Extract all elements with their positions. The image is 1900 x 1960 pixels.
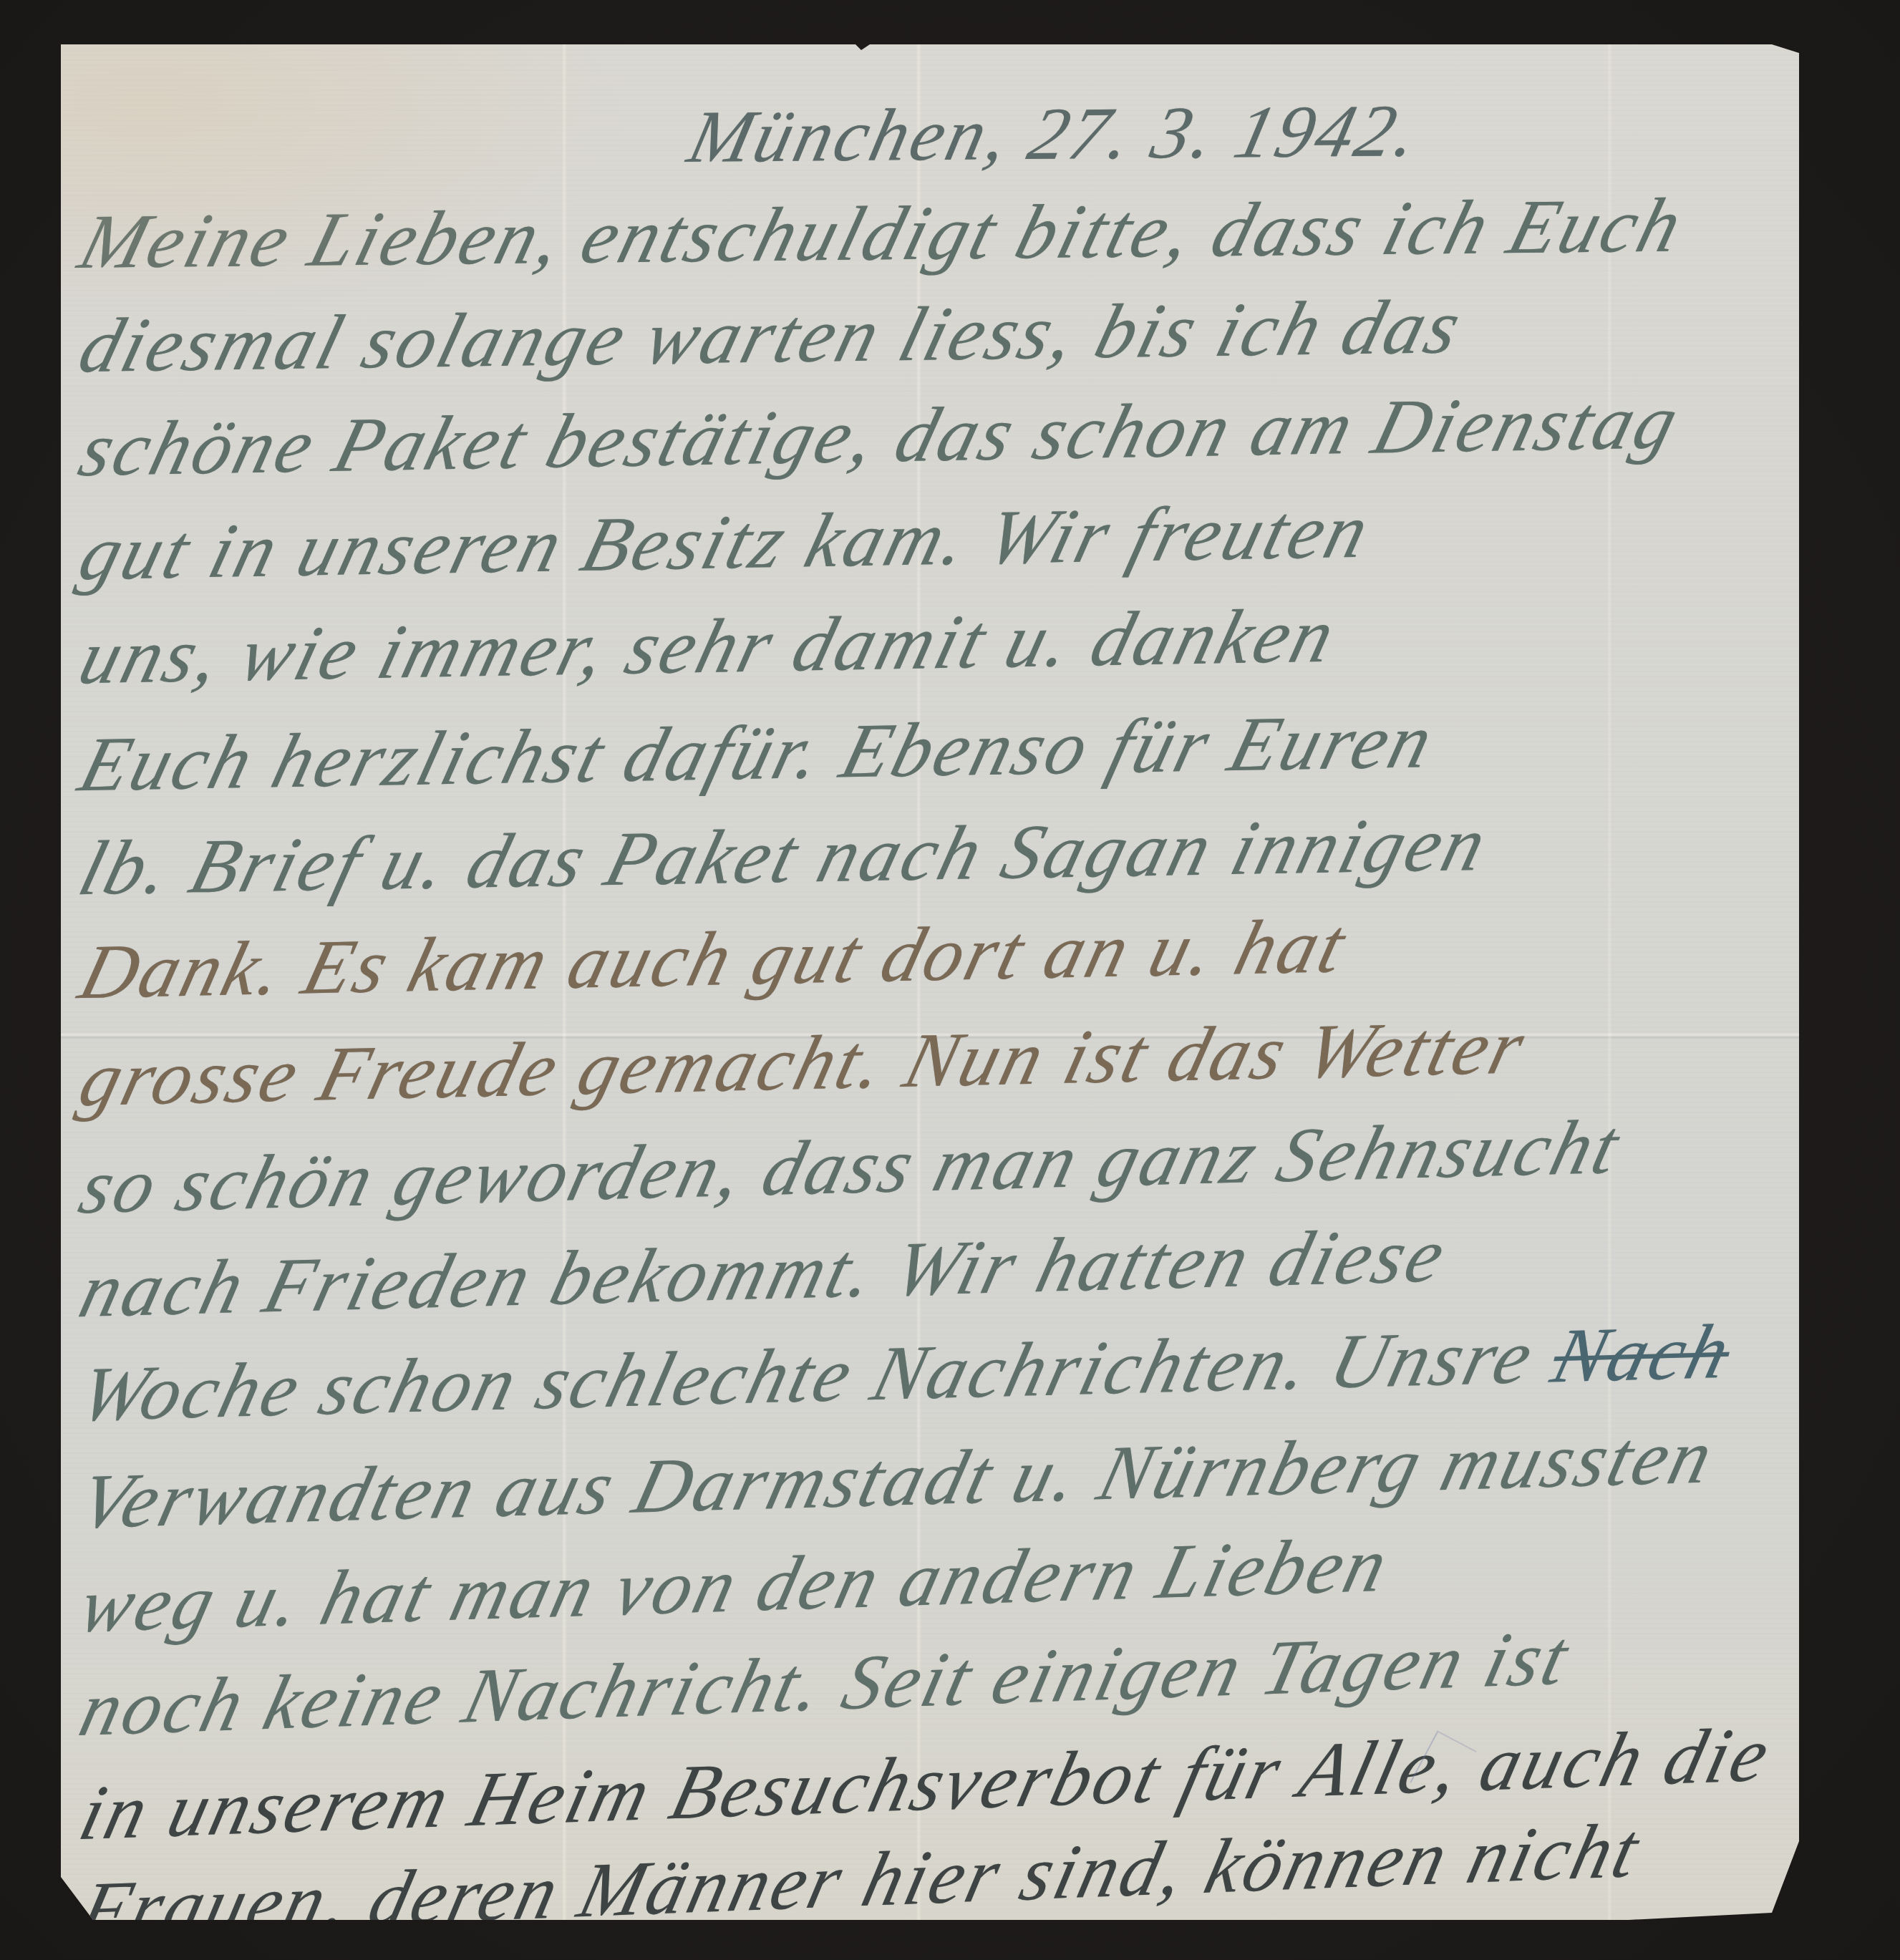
letter-line-11: nach Frieden bekommt. Wir hatten diese — [71, 1211, 1456, 1336]
struck-out-word: Nach — [1543, 1309, 1740, 1399]
letter-line-9: grosse Freude gemacht. Nun ist das Wette… — [71, 1003, 1536, 1125]
letter-date-line: München, 27. 3. 1942. — [681, 88, 1430, 180]
letter-body: München, 27. 3. 1942. Meine Lieben, ents… — [61, 44, 1799, 1920]
letter-page: München, 27. 3. 1942. Meine Lieben, ents… — [61, 44, 1799, 1920]
letter-line-4: gut in unseren Besitz kam. Wir freuten — [70, 487, 1380, 598]
letter-line-12-text: Woche schon schlechte Nachrichten. Unsre — [72, 1314, 1544, 1438]
letter-line-1: Meine Lieben, entschuldigt bitte, dass i… — [70, 181, 1694, 287]
letter-line-7: lb. Brief u. das Paket nach Sagan innige… — [70, 800, 1498, 913]
letter-line-2: diesmal solange warten liess, bis ich da… — [70, 283, 1473, 391]
letter-line-5: uns, wie immer, sehr damit u. danken — [70, 591, 1346, 702]
letter-line-6: Euch herzlichst dafür. Ebenso für Euren — [70, 697, 1444, 810]
letter-line-3: schöne Paket bestätige, das schon am Die… — [70, 378, 1690, 495]
letter-line-8: Dank. Es kam auch gut dort an u. hat — [71, 902, 1357, 1018]
